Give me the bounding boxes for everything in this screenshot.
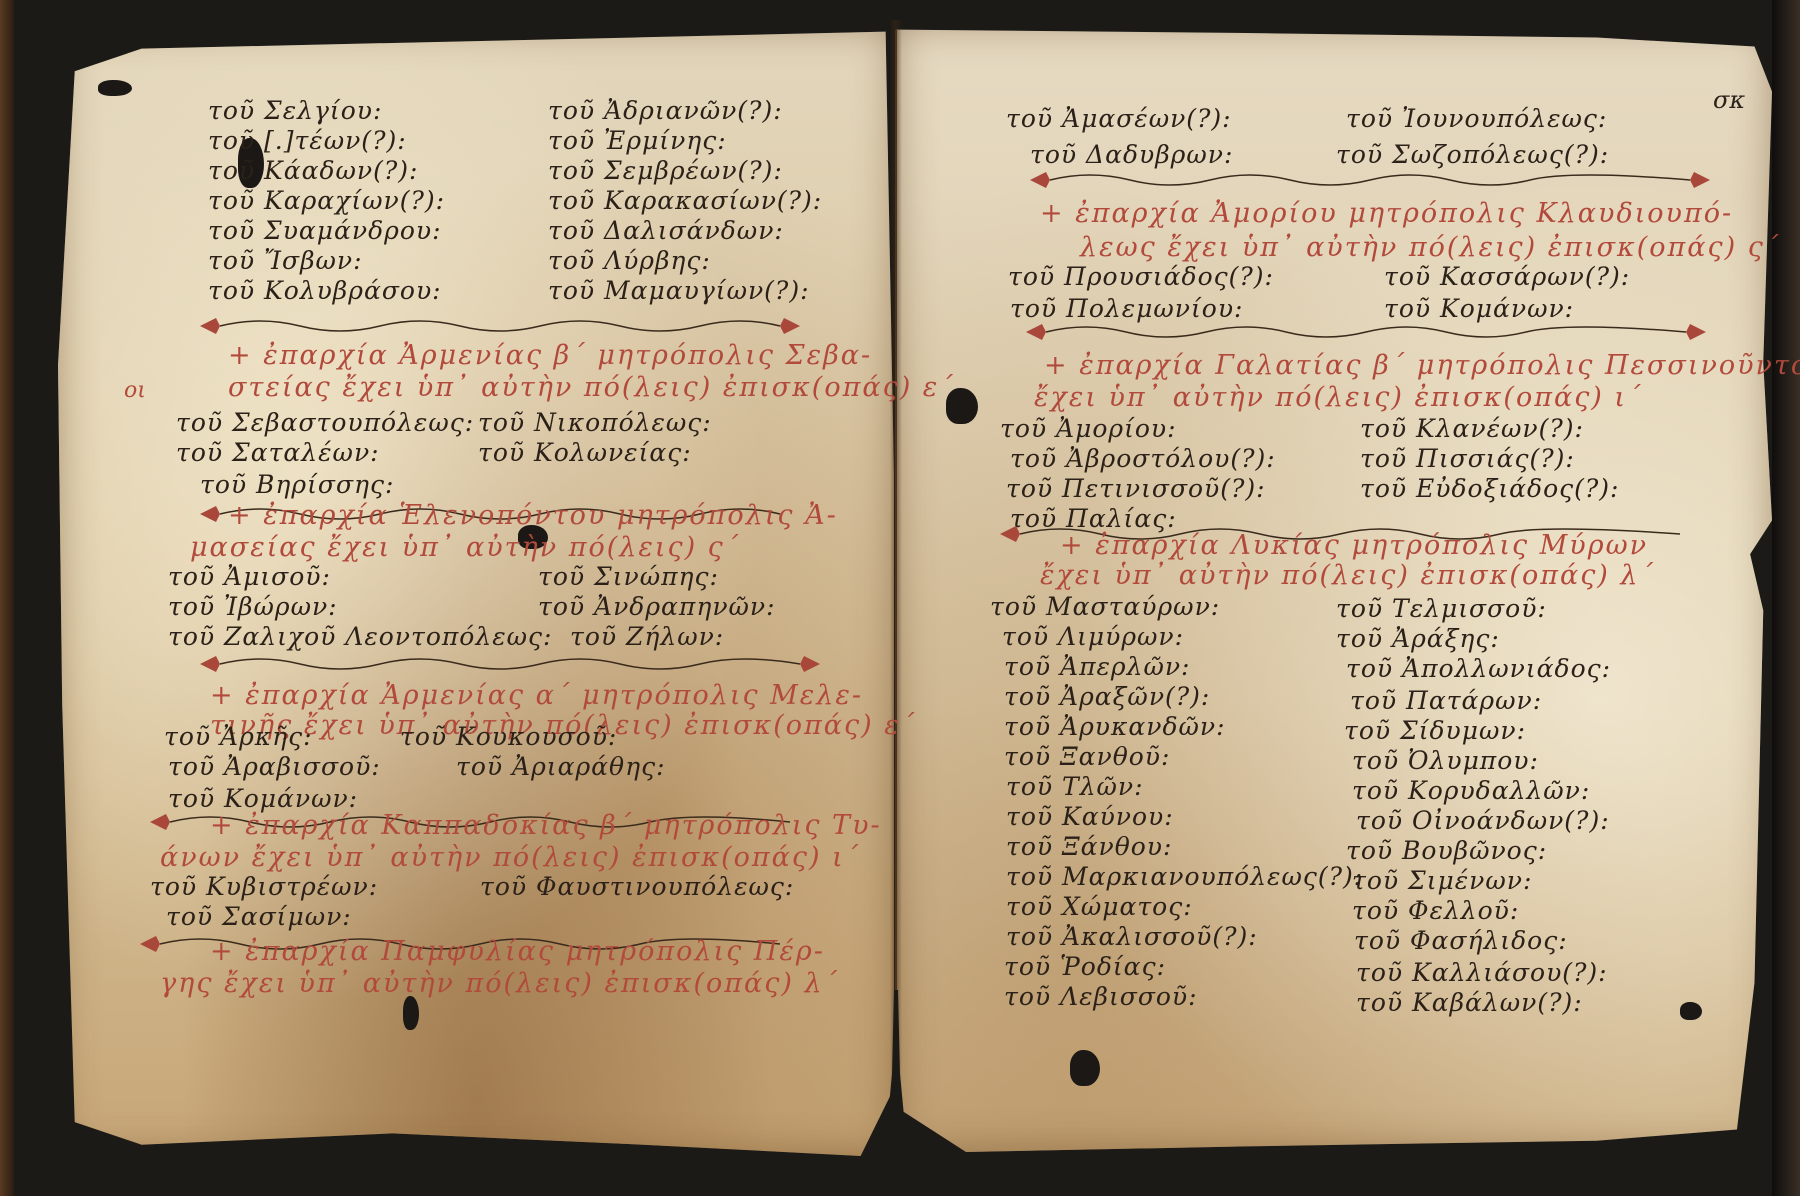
entry: τοῦ Λύρβης: (548, 246, 711, 275)
entry: τοῦ Τλῶν: (1006, 772, 1144, 801)
rubric: + ἐπαρχία Γαλατίας β΄ μητρόπολις Πεσσινο… (1044, 350, 1800, 381)
rubric: μασείας ἔχει ὑπ᾽ αὐτὴν πό(λεις) ς΄ (190, 532, 740, 563)
rubric: στείας ἔχει ὑπ᾽ αὐτὴν πό(λεις) ἐπισκ(οπά… (228, 372, 955, 403)
rubric-divider (200, 312, 800, 340)
entry: τοῦ Χώματος: (1006, 892, 1193, 921)
entry: τοῦ Ἀπερλῶν: (1004, 652, 1190, 681)
folio-number: σκ (1713, 86, 1745, 114)
entry: τοῦ Ἀβροστόλου(?): (1010, 444, 1276, 473)
entry: τοῦ Βηρίσσης: (200, 470, 394, 499)
damage-hole (1070, 1050, 1100, 1086)
entry: τοῦ Λιμύρων: (1002, 622, 1184, 651)
entry: τοῦ Ἐρμίνης: (548, 126, 727, 155)
rubric: λεως ἔχει ὑπ᾽ αὐτὴν πό(λεις) ἐπισκ(οπάς)… (1080, 232, 1780, 263)
rubric: + ἐπαρχία Καππαδοκίας β΄ μητρόπολις Τυ- (210, 810, 882, 841)
entry: τοῦ Δαδυβρων: (1030, 140, 1233, 169)
frame-right-edge (1772, 0, 1800, 1196)
entry: τοῦ Συαμάνδρου: (208, 216, 442, 245)
entry: τοῦ Τελμισσοῦ: (1336, 594, 1547, 623)
entry: τοῦ Κάαδων(?): (208, 156, 418, 185)
entry: τοῦ Καρακασίων(?): (548, 186, 822, 215)
entry: τοῦ Φασήλιδος: (1354, 926, 1568, 955)
entry: τοῦ Ζαλιχοῦ Λεοντοπόλεως: (168, 622, 552, 651)
entry: τοῦ Κυβιστρέων: (150, 872, 378, 901)
entry: τοῦ Σίδυμων: (1344, 716, 1526, 745)
rubric: + ἐπαρχία Λυκίας μητρόπολις Μύρων (1060, 530, 1648, 561)
entry: τοῦ Εὐδοξιάδος(?): (1360, 474, 1619, 503)
entry: τοῦ Μασταύρων: (990, 592, 1220, 621)
entry: τοῦ Ἴσβων: (208, 246, 363, 275)
rubric: άνων ἔχει ὑπ᾽ αὐτὴν πό(λεις) ἐπισκ(οπάς)… (160, 842, 860, 873)
entry: τοῦ Ἀμασέων(?): (1006, 104, 1232, 133)
rubric-divider (1026, 318, 1706, 346)
rubric: + ἐπαρχία Ἀρμενίας β΄ μητρόπολις Σεβα- (228, 340, 872, 371)
entry: τοῦ Φαυστινουπόλεως: (480, 872, 794, 901)
entry: τοῦ Μαρκιανουπόλεως(?): (1006, 862, 1363, 891)
entry: τοῦ Πατάρων: (1350, 686, 1542, 715)
entry: τοῦ Καύνου: (1006, 802, 1174, 831)
entry: τοῦ Βουβῶνος: (1346, 836, 1547, 865)
margin-note: οι (124, 378, 146, 403)
rubric: + ἐπαρχία Παμφυλίας μητρόπολις Πέρ- (210, 936, 825, 967)
damage-hole (98, 80, 132, 96)
entry: τοῦ Σεβαστουπόλεως: (176, 408, 474, 437)
entry: τοῦ Κλανέων(?): (1360, 414, 1584, 443)
entry: τοῦ Σιμένων: (1352, 866, 1532, 895)
entry: τοῦ Ἀραβισσοῦ: (168, 752, 381, 781)
damage-hole (1680, 1002, 1702, 1020)
entry: τοῦ Κολωνείας: (478, 438, 692, 467)
entry: τοῦ [.]τέων(?): (208, 126, 407, 155)
entry: τοῦ Μαμαυγίων(?): (548, 276, 810, 305)
entry: τοῦ Προυσιάδος(?): (1008, 262, 1274, 291)
rubric: ἔχει ὑπ᾽ αὐτὴν πό(λεις) ἐπισκ(οπάς) λ΄ (1040, 560, 1655, 591)
entry: τοῦ Σελγίου: (208, 96, 382, 125)
rubric-divider (200, 650, 820, 678)
entry: τοῦ Σεμβρέων(?): (548, 156, 783, 185)
entry: τοῦ Ξανθοῦ: (1004, 742, 1170, 771)
entry: τοῦ Κορυδαλλῶν: (1352, 776, 1590, 805)
entry: τοῦ Σασίμων: (166, 902, 352, 931)
entry: τοῦ Καλλιάσου(?): (1356, 958, 1608, 987)
entry: τοῦ Ξάνθου: (1006, 832, 1172, 861)
entry: τοῦ Ζήλων: (570, 622, 724, 651)
entry: τοῦ Ἰουνουπόλεως: (1346, 104, 1607, 133)
entry: τοῦ Κολυβράσου: (208, 276, 442, 305)
damage-hole (403, 996, 419, 1030)
entry: τοῦ Ἀπολλωνιάδος: (1346, 654, 1611, 683)
rubric: + ἐπαρχία Ἀμορίου μητρόπολις Κλαυδιουπό- (1040, 198, 1733, 229)
entry: τοῦ Ἀράξης: (1336, 624, 1500, 653)
entry: τοῦ Ῥοδίας: (1004, 952, 1166, 981)
entry: τοῦ Ἀνδραπηνῶν: (538, 592, 776, 621)
entry: τοῦ Φελλοῦ: (1352, 896, 1519, 925)
rubric: + ἐπαρχία Ἑλενοπόντου μητρόπολις Ἀ- (228, 500, 838, 531)
entry: τοῦ Ἀμισοῦ: (168, 562, 331, 591)
entry: τοῦ Ἀραξῶν(?): (1004, 682, 1210, 711)
entry: τοῦ Σωζοπόλεως(?): (1336, 140, 1609, 169)
entry: τοῦ Λεβισσοῦ: (1004, 982, 1198, 1011)
rubric: γης ἔχει ὑπ᾽ αὐτὴν πό(λεις) ἐπισκ(οπάς) … (160, 968, 839, 999)
binding-thread (895, 30, 897, 990)
entry: τοῦ Καραχίων(?): (208, 186, 445, 215)
entry: τοῦ Ἀμορίου: (1000, 414, 1177, 443)
entry: τοῦ Κουκουσοῦ: (400, 722, 617, 751)
entry: τοῦ Ἀρυκανδῶν: (1004, 712, 1226, 741)
entry: τοῦ Ἀριαράθης: (456, 752, 666, 781)
rubric: ἔχει ὑπ᾽ αὐτὴν πό(λεις) ἐπισκ(οπάς) ι΄ (1034, 382, 1643, 413)
entry: τοῦ Νικοπόλεως: (478, 408, 712, 437)
entry: τοῦ Σαταλέων: (176, 438, 380, 467)
entry: τοῦ Ἀκαλισσοῦ(?): (1006, 922, 1258, 951)
rubric: + ἐπαρχία Ἀρμενίας α΄ μητρόπολις Μελε- (210, 680, 863, 711)
entry: τοῦ Πετινισσοῦ(?): (1006, 474, 1266, 503)
entry: τοῦ Καβάλων(?): (1356, 988, 1583, 1017)
entry: τοῦ Ὀλυμπου: (1352, 746, 1539, 775)
entry: τοῦ Σινώπης: (538, 562, 719, 591)
entry: τοῦ Οἰνοάνδων(?): (1356, 806, 1610, 835)
entry: τοῦ Ἰβώρων: (168, 592, 338, 621)
entry: τοῦ Πισσιάς(?): (1360, 444, 1575, 473)
frame-left-edge (0, 0, 14, 1196)
entry: τοῦ Ἀρκῆς: (164, 722, 313, 751)
entry: τοῦ Ἀδριανῶν(?): (548, 96, 783, 125)
rubric-divider (1030, 166, 1710, 194)
entry: τοῦ Δαλισάνδων: (548, 216, 784, 245)
entry: τοῦ Κασσάρων(?): (1384, 262, 1630, 291)
